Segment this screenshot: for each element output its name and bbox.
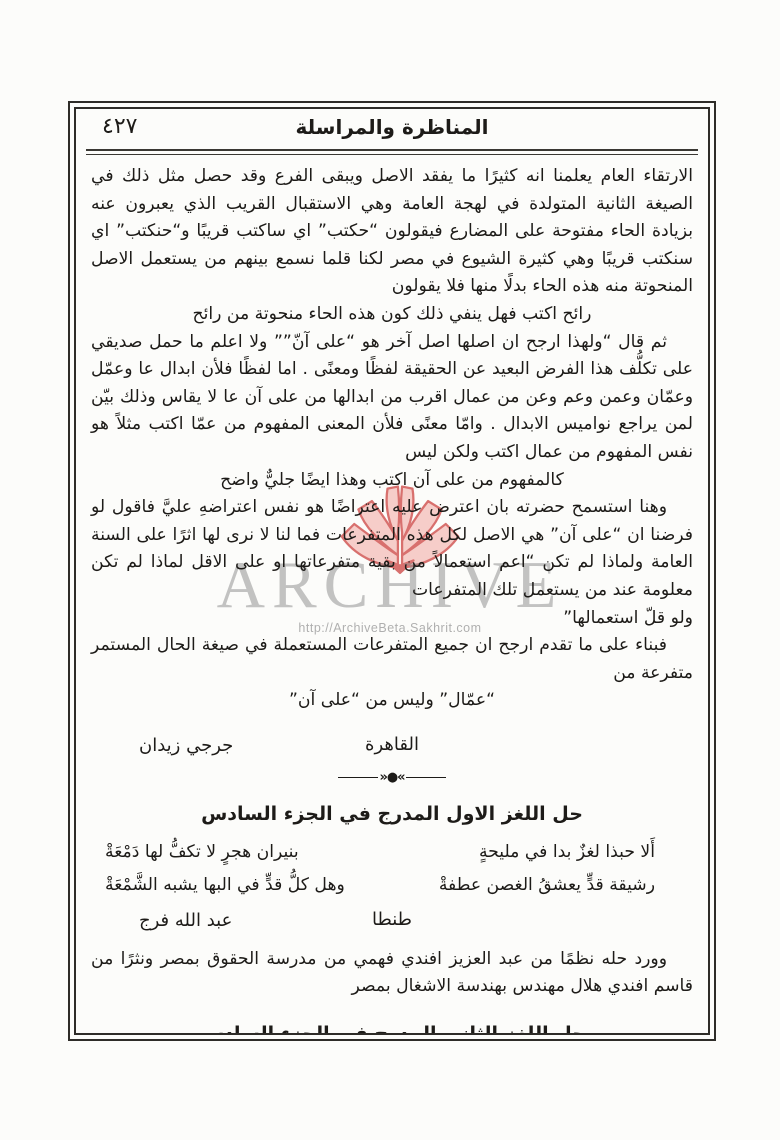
page-title: المناظرة والمراسلة <box>76 115 708 139</box>
riddle-2-heading: حل اللغز الثاني المدرج في الجزء السادس <box>91 1021 693 1035</box>
page-body: الارتقاء العام يعلمنا انه كثيرًا ما يفقد… <box>76 155 708 1035</box>
verse-hemistich-right: رشيقة قدٍّ يعشقُ الغصن عطفةْ <box>439 869 655 902</box>
riddle-1-note: وورد حله نظمًا من عبد العزيز افندي فهمي … <box>91 946 693 1001</box>
page-border-frame: ٤٢٧ المناظرة والمراسلة الارتقاء العام يع… <box>68 101 716 1041</box>
paragraph-3: وهنا استسمح حضرته بان اعترض عليه اعتراضً… <box>91 494 693 604</box>
page-header: ٤٢٧ المناظرة والمراسلة <box>76 109 708 149</box>
verse-hemistich-left: وهل كلُّ قدٍّ في البها يشبه الشَّمْعَةْ <box>105 869 345 902</box>
paragraph-1: الارتقاء العام يعلمنا انه كثيرًا ما يفقد… <box>91 163 693 301</box>
verse-hemistich-right: أَلا حبذا لغزٌ بدا في مليحةٍ <box>479 836 655 869</box>
section-divider: »●« <box>91 771 693 785</box>
divider-ornament-icon: »●« <box>378 771 405 784</box>
paragraph-4-last-line: “عمّال” وليس من “على آن” <box>91 687 693 715</box>
paragraph-4: فبناء على ما تقدم ارجح ان جميع المتفرعات… <box>91 632 693 687</box>
paragraph-1-last-line: رائح اكتب فهل ينفي ذلك كون هذه الحاء منح… <box>91 301 693 329</box>
riddle-1-verse-1: أَلا حبذا لغزٌ بدا في مليحةٍ بنيران هجرٍ… <box>91 836 693 869</box>
paragraph-3-last-line: ولو قلّ استعمالها” <box>91 605 693 633</box>
signature-author: عبد الله فرج <box>139 907 232 935</box>
paragraph-2: ثم قال “ولهذا ارجح ان اصلها اصل آخر هو “… <box>91 329 693 467</box>
page-inner-frame: ٤٢٧ المناظرة والمراسلة الارتقاء العام يع… <box>74 107 710 1035</box>
signature-author: جرجي زيدان <box>139 732 233 760</box>
riddle-1-heading: حل اللغز الاول المدرج في الجزء السادس <box>91 801 693 827</box>
verse-hemistich-left: بنيران هجرٍ لا تكفُّ لها دَمْعَةْ <box>105 836 299 869</box>
riddle-1-verse-2: رشيقة قدٍّ يعشقُ الغصن عطفةْ وهل كلُّ قد… <box>91 869 693 902</box>
signature-row-cairo: القاهرة جرجي زيدان <box>91 731 693 761</box>
signature-row-tanta: طنطا عبد الله فرج <box>91 906 693 934</box>
paragraph-2-last-line: كالمفهوم من على آن اكتب وهذا ايضًا جليٌّ… <box>91 467 693 495</box>
